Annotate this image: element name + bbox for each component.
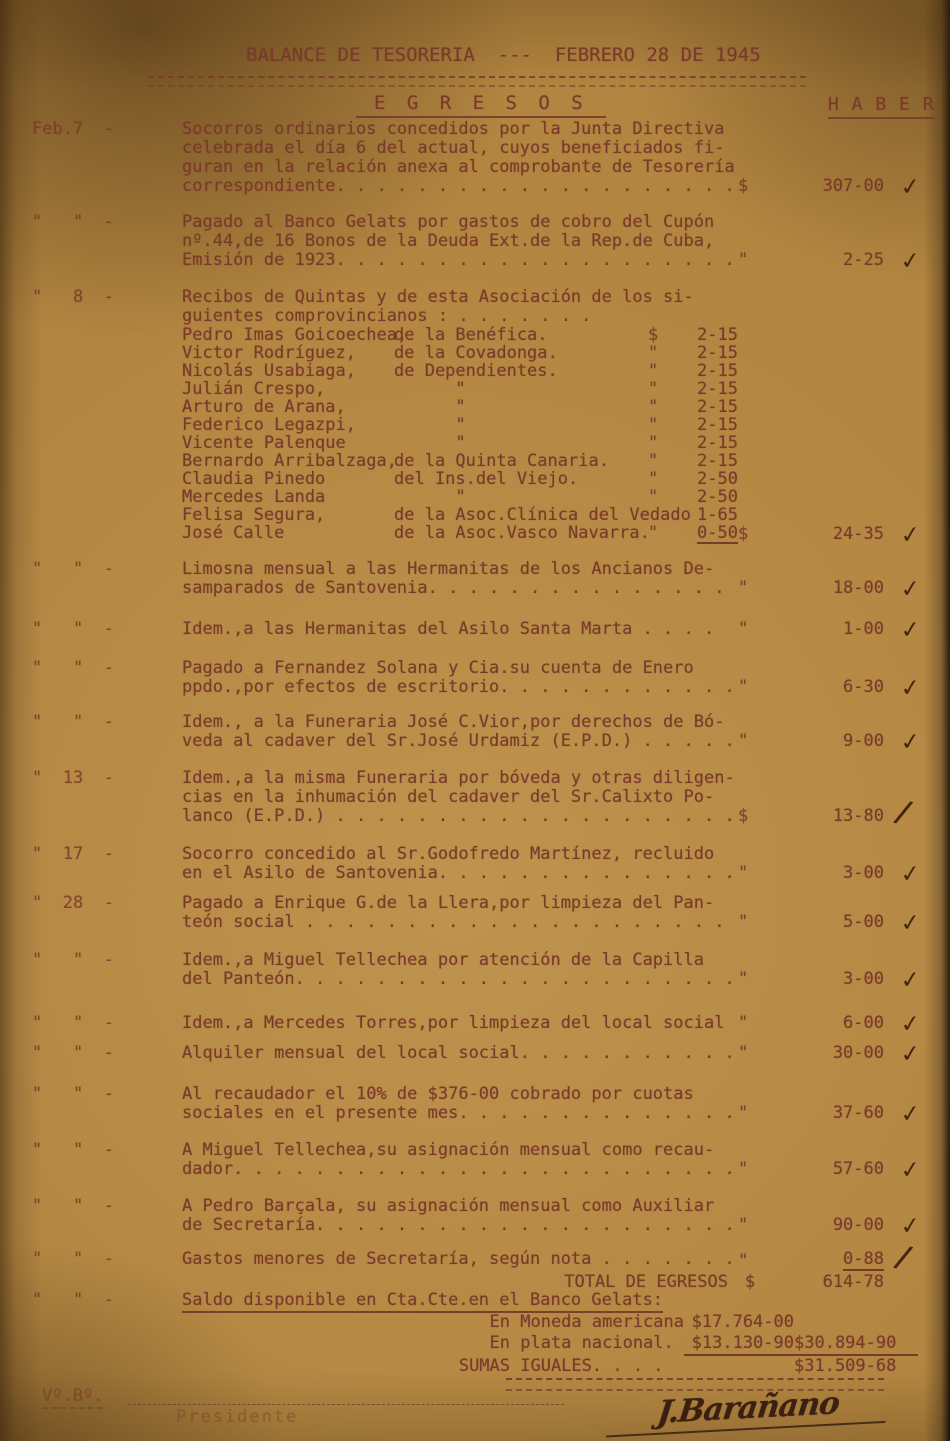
- entry-amount-group: "18-00✓: [738, 560, 918, 598]
- beneficiary-currency-mark: ": [648, 434, 658, 452]
- total-amount: 614-78: [772, 1272, 918, 1292]
- ledger-entry: " 17 -Socorro concedido al Sr.Godofredo …: [32, 845, 918, 883]
- beneficiary-name: Mercedes Landa: [182, 488, 394, 506]
- entry-currency-mark: ": [738, 970, 748, 989]
- entry-day-marker: " " -: [32, 659, 182, 697]
- beneficiary-amount: 2-15: [697, 398, 738, 416]
- beneficiary-name: Vicente Palenque: [182, 434, 394, 452]
- beneficiary-row: Mercedes Landa ""2-50: [182, 488, 738, 506]
- entry-text-line: Idem.,a Mercedes Torres,por limpieza del…: [182, 1014, 738, 1033]
- beneficiary-institution: ": [394, 416, 648, 434]
- ledger-entry: " 8 -Recibos de Quintas y de esta Asocia…: [32, 288, 918, 544]
- ledger-entry: " " -Al recaudador el 10% de $376-00 cob…: [32, 1085, 918, 1123]
- entry-day-marker: " " -: [32, 213, 182, 270]
- beneficiary-row: Pedro Imas Goicoechea,de la Benéfica.$2-…: [182, 326, 738, 344]
- entry-amount-group: "3-00✓: [738, 951, 918, 989]
- beneficiary-currency-mark: ": [648, 380, 658, 398]
- entry-text-line: Pagado a Enrique G.de la Llera,por limpi…: [182, 894, 738, 913]
- ledger-entry: " " -Alquiler mensual del local social. …: [32, 1044, 918, 1063]
- entry-text-line: A Miguel Tellechea,su asignación mensual…: [182, 1141, 738, 1160]
- entry-amount-group: $307-00✓: [738, 120, 918, 196]
- treasury-balance-document: BALANCE DE TESORERIA --- FEBRERO 28 DE 1…: [0, 0, 950, 1441]
- entry-text-line: Pagado al Banco Gelats por gastos de cob…: [182, 213, 738, 232]
- entry-amount: 6-30: [843, 678, 884, 697]
- entry-text: Pagado al Banco Gelats por gastos de cob…: [182, 213, 738, 270]
- handwritten-checkmark: ✓: [900, 172, 919, 201]
- entry-amount: 9-00: [843, 732, 884, 751]
- ledger-entry: " 13 -Idem.,a la misma Funeraria por bóv…: [32, 769, 918, 826]
- handwritten-checkmark: ✓: [900, 1039, 919, 1068]
- beneficiary-amount: 1-65: [697, 506, 738, 524]
- entry-text: Socorro concedido al Sr.Godofredo Martín…: [182, 845, 738, 883]
- beneficiary-amount: 2-15: [697, 416, 738, 434]
- entry-day-marker: " " -: [32, 1085, 182, 1123]
- ledger-entry: Feb.7 -Socorros ordinarios concedidos po…: [32, 120, 918, 196]
- handwritten-checkmark: ✓: [900, 520, 919, 549]
- ledger-entry: " " -Idem.,a las Hermanitas del Asilo Sa…: [32, 620, 918, 639]
- beneficiary-row: Federico Legazpi, ""2-15: [182, 416, 738, 434]
- ledger-entry: " " -Idem., a la Funeraria José C.Vior,p…: [32, 713, 918, 751]
- handwritten-checkmark: ✓: [900, 615, 919, 644]
- beneficiary-name: Felisa Segura,: [182, 506, 394, 524]
- entry-day-marker: " " -: [32, 951, 182, 989]
- entry-amount: 307-00: [823, 177, 884, 196]
- handwritten-checkmark: ✓: [900, 965, 919, 994]
- section-heading-egresos: E G R E S O S: [356, 92, 606, 118]
- beneficiary-amount-group: "2-15: [648, 362, 738, 380]
- entry-text-line: Recibos de Quintas y de esta Asociación …: [182, 288, 738, 307]
- entry-day-marker: " " -: [32, 1014, 182, 1033]
- entry-text: Idem.,a Miguel Tellechea por atención de…: [182, 951, 738, 989]
- beneficiary-institution: de la Asoc.Vasco Navarra.: [394, 524, 648, 544]
- entry-amount-group: "3-00✓: [738, 845, 918, 883]
- entry-amount: 57-60: [833, 1160, 884, 1179]
- entry-amount: 3-00: [843, 864, 884, 883]
- beneficiary-amount-group: "0-50: [648, 524, 738, 544]
- entry-amount-group: $24-35✓: [738, 288, 918, 544]
- total-row: TOTAL DE EGRESOS $ 614-78: [32, 1272, 918, 1292]
- beneficiary-name: José Calle: [182, 524, 394, 544]
- entry-text-line: Emisión de 1923. . . . . . . . . . . . .…: [182, 251, 738, 270]
- ledger-entry: " " -Pagado al Banco Gelats por gastos d…: [32, 213, 918, 270]
- entry-amount: 6-00: [843, 1014, 884, 1033]
- entry-text-line: Alquiler mensual del local social. . . .…: [182, 1044, 738, 1063]
- beneficiary-row: Claudia Pinedodel Ins.del Viejo."2-50: [182, 470, 738, 488]
- president-label: Presidente: [176, 1407, 298, 1427]
- entry-text-line: correspondiente. . . . . . . . . . . . .…: [182, 177, 738, 196]
- ledger-entry: " " -Idem.,a Mercedes Torres,por limpiez…: [32, 1014, 918, 1033]
- entry-amount-group: "6-30✓: [738, 659, 918, 697]
- entry-text: Idem., a la Funeraria José C.Vior,por de…: [182, 713, 738, 751]
- beneficiary-institution: de la Asoc.Clínica del Vedado: [394, 506, 648, 524]
- entry-day-marker: " " -: [32, 1291, 182, 1313]
- entry-amount-group: $13-80/: [738, 769, 918, 826]
- beneficiary-name: Victor Rodríguez,: [182, 344, 394, 362]
- beneficiary-name: Nicolás Usabiaga,: [182, 362, 394, 380]
- entry-currency-mark: ": [738, 1104, 748, 1123]
- entry-amount-group: "30-00✓: [738, 1044, 918, 1063]
- beneficiary-amount: 2-15: [697, 452, 738, 470]
- beneficiary-name: Julián Crespo,: [182, 380, 394, 398]
- vobo-label: Vº.Bº.: [42, 1386, 103, 1409]
- entry-day-marker: " 13 -: [32, 769, 182, 826]
- entry-amount: 13-80: [833, 807, 884, 826]
- beneficiary-amount: 2-15: [697, 380, 738, 398]
- entry-currency-mark: ": [738, 864, 748, 883]
- beneficiary-institution: de Dependientes.: [394, 362, 648, 380]
- entry-text-line: Limosna mensual a las Hermanitas de los …: [182, 560, 738, 579]
- entry-text-line: del Panteón. . . . . . . . . . . . . . .…: [182, 970, 738, 989]
- entry-currency-mark: ": [738, 1160, 748, 1179]
- beneficiary-currency-mark: ": [648, 398, 658, 416]
- president-signature-line: [128, 1404, 564, 1405]
- entry-amount: 37-60: [833, 1104, 884, 1123]
- summary-row: En Moneda americana$17.764-00: [408, 1312, 918, 1333]
- beneficiary-amount-group: $2-15: [648, 326, 738, 344]
- entry-text-line: Socorros ordinarios concedidos por la Ju…: [182, 120, 738, 139]
- entry-amount-group: "5-00✓: [738, 894, 918, 932]
- entry-text: Pagado a Enrique G.de la Llera,por limpi…: [182, 894, 738, 932]
- entry-currency-mark: ": [738, 579, 748, 598]
- entry-day-marker: " " -: [32, 1044, 182, 1063]
- entry-text-line: cias en la inhumación del cadaver del Sr…: [182, 788, 738, 807]
- summary-amount: [684, 1356, 794, 1377]
- beneficiary-row: Bernardo Arribalzaga,de la Quinta Canari…: [182, 452, 738, 470]
- beneficiary-amount-group: "2-15: [648, 380, 738, 398]
- entry-amount-group: "9-00✓: [738, 713, 918, 751]
- entry-amount: 1-00: [843, 620, 884, 639]
- beneficiary-row: Julián Crespo, ""2-15: [182, 380, 738, 398]
- handwritten-checkmark: ✓: [900, 1099, 919, 1128]
- summary-total: $30.894-90: [794, 1333, 918, 1356]
- entry-day-marker: Feb.7 -: [32, 120, 182, 196]
- entry-amount-group: "90-00✓: [738, 1197, 918, 1235]
- beneficiary-currency-mark: ": [648, 452, 658, 470]
- ledger-entry: " " -A Miguel Tellechea,su asignación me…: [32, 1141, 918, 1179]
- entry-day-marker: " " -: [32, 713, 182, 751]
- handwritten-checkmark: ✓: [900, 908, 919, 937]
- ledger-entry: " " -Idem.,a Miguel Tellechea por atenci…: [32, 951, 918, 989]
- beneficiary-name: Bernardo Arribalzaga,: [182, 452, 394, 470]
- entry-currency-mark: ": [738, 1014, 748, 1033]
- entry-text-line: veda al cadaver del Sr.José Urdamiz (E.P…: [182, 732, 738, 751]
- entry-text: Pagado a Fernandez Solana y Cia.su cuent…: [182, 659, 738, 697]
- entry-amount: 30-00: [833, 1044, 884, 1063]
- entry-text: Alquiler mensual del local social. . . .…: [182, 1044, 738, 1063]
- summary-row: SUMAS IGUALES. . . . $31.509-68: [408, 1356, 918, 1377]
- page-title: BALANCE DE TESORERIA --- FEBRERO 28 DE 1…: [246, 44, 761, 66]
- beneficiary-amount: 2-50: [697, 488, 738, 506]
- entry-text-line: guran en la relación anexa al comprobant…: [182, 158, 738, 177]
- entry-day-marker: " " -: [32, 1250, 182, 1271]
- beneficiary-currency-mark: ": [648, 524, 658, 544]
- beneficiary-amount-group: "2-15: [648, 344, 738, 362]
- entry-text: Socorros ordinarios concedidos por la Ju…: [182, 120, 738, 196]
- entry-text: Limosna mensual a las Hermanitas de los …: [182, 560, 738, 598]
- beneficiary-currency-mark: ": [648, 416, 658, 434]
- title-underline-dashes: [148, 76, 806, 87]
- beneficiary-currency-mark: ": [648, 344, 658, 362]
- beneficiary-amount-group: "2-15: [648, 434, 738, 452]
- entry-text: Al recaudador el 10% de $376-00 cobrado …: [182, 1085, 738, 1123]
- beneficiary-institution: del Ins.del Viejo.: [394, 470, 648, 488]
- handwritten-checkmark: /: [891, 796, 916, 829]
- beneficiary-amount-group: "2-15: [648, 398, 738, 416]
- beneficiary-institution: ": [394, 380, 648, 398]
- entry-amount: 24-35: [833, 525, 884, 544]
- ledger-entry: " " -A Pedro Barçala, su asignación mens…: [32, 1197, 918, 1235]
- entry-currency-mark: ": [738, 1044, 748, 1063]
- handwritten-checkmark: ✓: [900, 1009, 919, 1038]
- entry-text-line: dador. . . . . . . . . . . . . . . . . .…: [182, 1160, 738, 1179]
- handwritten-checkmark: ✓: [900, 673, 919, 702]
- beneficiary-amount: 2-15: [697, 434, 738, 452]
- entry-day-marker: " 28 -: [32, 894, 182, 932]
- summary-label: En Moneda americana: [408, 1312, 684, 1333]
- handwritten-checkmark: ✓: [900, 1211, 919, 1240]
- beneficiary-row: Arturo de Arana, ""2-15: [182, 398, 738, 416]
- entry-amount-group: "2-25✓: [738, 213, 918, 270]
- beneficiary-name: Federico Legazpi,: [182, 416, 394, 434]
- beneficiary-amount-group: "2-15: [648, 416, 738, 434]
- beneficiary-amount-group: "2-50: [648, 470, 738, 488]
- total-currency-mark: $: [728, 1272, 772, 1292]
- entry-currency-mark: ": [738, 913, 748, 932]
- entry-text-line: Pagado a Fernandez Solana y Cia.su cuent…: [182, 659, 738, 678]
- beneficiary-amount-group: "2-15: [648, 452, 738, 470]
- beneficiary-amount: 2-15: [697, 362, 738, 380]
- entry-currency-mark: ": [738, 732, 748, 751]
- ledger-entry: " " -Limosna mensual a las Hermanitas de…: [32, 560, 918, 598]
- entry-amount-group: "37-60✓: [738, 1085, 918, 1123]
- balance-summary: En Moneda americana$17.764-00En plata na…: [408, 1312, 918, 1377]
- column-heading-haber: H A B E R: [828, 94, 935, 119]
- entry-amount: 3-00: [843, 970, 884, 989]
- beneficiary-row: Victor Rodríguez,de la Covadonga."2-15: [182, 344, 738, 362]
- entry-currency-mark: ": [738, 620, 748, 639]
- entry-day-marker: " 17 -: [32, 845, 182, 883]
- entry-currency-mark: $: [738, 525, 748, 544]
- entry-text-line: Idem.,a Miguel Tellechea por atención de…: [182, 951, 738, 970]
- entry-text-line: celebrada el día 6 del actual, cuyos ben…: [182, 139, 738, 158]
- entry-text-line: samparados de Santovenia. . . . . . . . …: [182, 579, 738, 598]
- summary-label: En plata nacional.: [408, 1333, 684, 1356]
- entry-text-line: guientes comprovincianos : . . . . . . .: [182, 307, 738, 326]
- handwritten-checkmark: ✓: [900, 1155, 919, 1184]
- entry-text-line: Al recaudador el 10% de $376-00 cobrado …: [182, 1085, 738, 1104]
- entry-day-marker: " " -: [32, 560, 182, 598]
- beneficiary-amount: 2-15: [697, 326, 738, 344]
- summary-row: En plata nacional. $13.130-90$30.894-90: [408, 1333, 918, 1356]
- summary-total: [794, 1312, 918, 1333]
- summary-label: SUMAS IGUALES. . . .: [408, 1356, 684, 1377]
- entry-text-line: nº.44,de 16 Bonos de la Deuda Ext.de la …: [182, 232, 738, 251]
- entry-amount-group: "57-60✓: [738, 1141, 918, 1179]
- ledger-entry: " " -Gastos menores de Secretaría, según…: [32, 1250, 918, 1271]
- beneficiary-amount-group: "2-50: [648, 488, 738, 506]
- summary-amount: $13.130-90: [684, 1333, 794, 1356]
- entry-text-line: lanco (E.P.D.) . . . . . . . . . . . . .…: [182, 807, 738, 826]
- beneficiary-name: Pedro Imas Goicoechea,: [182, 326, 394, 344]
- handwritten-checkmark: /: [891, 1241, 916, 1274]
- beneficiary-row: Nicolás Usabiaga,de Dependientes."2-15: [182, 362, 738, 380]
- entry-text: Gastos menores de Secretaría, según nota…: [182, 1250, 738, 1271]
- entry-amount-group: "6-00✓: [738, 1014, 918, 1033]
- handwritten-checkmark: ✓: [900, 859, 919, 888]
- entry-text-line: Idem., a la Funeraria José C.Vior,por de…: [182, 713, 738, 732]
- beneficiary-amount-group: 1-65: [648, 506, 738, 524]
- entry-currency-mark: ": [738, 678, 748, 697]
- entry-text: A Pedro Barçala, su asignación mensual c…: [182, 1197, 738, 1235]
- entry-amount-group: "0-88/: [738, 1250, 918, 1271]
- entry-text-line: Idem.,a la misma Funeraria por bóveda y …: [182, 769, 738, 788]
- beneficiary-currency-mark: $: [648, 326, 658, 344]
- entry-text: A Miguel Tellechea,su asignación mensual…: [182, 1141, 738, 1179]
- summary-total: $31.509-68: [794, 1356, 918, 1377]
- entry-text-line: teón social . . . . . . . . . . . . . . …: [182, 913, 738, 932]
- entry-text-line: ppdo.,por efectos de escritorio. . . . .…: [182, 678, 738, 697]
- beneficiary-row: Vicente Palenque ""2-15: [182, 434, 738, 452]
- ledger-entry: " " -Pagado a Fernandez Solana y Cia.su …: [32, 659, 918, 697]
- entry-text-line: de Secretaría. . . . . . . . . . . . . .…: [182, 1216, 738, 1235]
- beneficiary-amount: 2-50: [697, 470, 738, 488]
- beneficiary-row: José Callede la Asoc.Vasco Navarra."0-50: [182, 524, 738, 544]
- ledger-entry: " 28 -Pagado a Enrique G.de la Llera,por…: [32, 894, 918, 932]
- beneficiary-currency-mark: ": [648, 488, 658, 506]
- entry-text-line: A Pedro Barçala, su asignación mensual c…: [182, 1197, 738, 1216]
- entry-text-line: sociales en el presente mes. . . . . . .…: [182, 1104, 738, 1123]
- entry-currency-mark: ": [738, 1216, 748, 1235]
- handwritten-checkmark: ✓: [900, 574, 919, 603]
- handwritten-checkmark: ✓: [900, 246, 919, 275]
- beneficiary-name: Arturo de Arana,: [182, 398, 394, 416]
- entry-amount: 18-00: [833, 579, 884, 598]
- total-label: TOTAL DE EGRESOS: [564, 1272, 728, 1292]
- entry-day-marker: " 8 -: [32, 288, 182, 544]
- beneficiary-amount: 2-15: [697, 344, 738, 362]
- entry-day-marker: " " -: [32, 1197, 182, 1235]
- entry-amount: 5-00: [843, 913, 884, 932]
- entry-amount: 90-00: [833, 1216, 884, 1235]
- beneficiary-institution: ": [394, 398, 648, 416]
- beneficiary-amount: 0-50: [697, 524, 738, 544]
- entry-text-line: Socorro concedido al Sr.Godofredo Martín…: [182, 845, 738, 864]
- entry-amount: 0-88: [843, 1250, 884, 1271]
- entry-day-marker: " " -: [32, 620, 182, 639]
- summary-amount: $17.764-00: [684, 1312, 794, 1333]
- beneficiary-currency-mark: ": [648, 362, 658, 380]
- saldo-text: Saldo disponible en Cta.Cte.en el Banco …: [182, 1291, 663, 1313]
- entry-text: Idem.,a la misma Funeraria por bóveda y …: [182, 769, 738, 826]
- beneficiary-currency-mark: ": [648, 470, 658, 488]
- entry-currency-mark: ": [738, 251, 748, 270]
- entry-text: Recibos de Quintas y de esta Asociación …: [182, 288, 738, 544]
- entry-text: Idem.,a Mercedes Torres,por limpieza del…: [182, 1014, 738, 1033]
- entry-text-line: Idem.,a las Hermanitas del Asilo Santa M…: [182, 620, 738, 639]
- entry-day-marker: " " -: [32, 1141, 182, 1179]
- entry-text: Idem.,a las Hermanitas del Asilo Santa M…: [182, 620, 738, 639]
- beneficiary-institution: ": [394, 488, 648, 506]
- entry-currency-mark: ": [738, 1252, 748, 1271]
- beneficiary-name: Claudia Pinedo: [182, 470, 394, 488]
- entry-text-line: en el Asilo de Santovenia. . . . . . . .…: [182, 864, 738, 883]
- beneficiary-institution: de la Covadonga.: [394, 344, 648, 362]
- beneficiary-institution: de la Benéfica.: [394, 326, 648, 344]
- entry-currency-mark: $: [738, 807, 748, 826]
- entry-amount: 2-25: [843, 251, 884, 270]
- handwritten-checkmark: ✓: [900, 727, 919, 756]
- beneficiary-institution: ": [394, 434, 648, 452]
- beneficiary-row: Felisa Segura,de la Asoc.Clínica del Ved…: [182, 506, 738, 524]
- beneficiary-institution: de la Quinta Canaria.: [394, 452, 648, 470]
- entry-text-line: Gastos menores de Secretaría, según nota…: [182, 1250, 738, 1269]
- entry-currency-mark: $: [738, 177, 748, 196]
- entry-amount-group: "1-00✓: [738, 620, 918, 639]
- saldo-entry: " " - Saldo disponible en Cta.Cte.en el …: [32, 1291, 663, 1313]
